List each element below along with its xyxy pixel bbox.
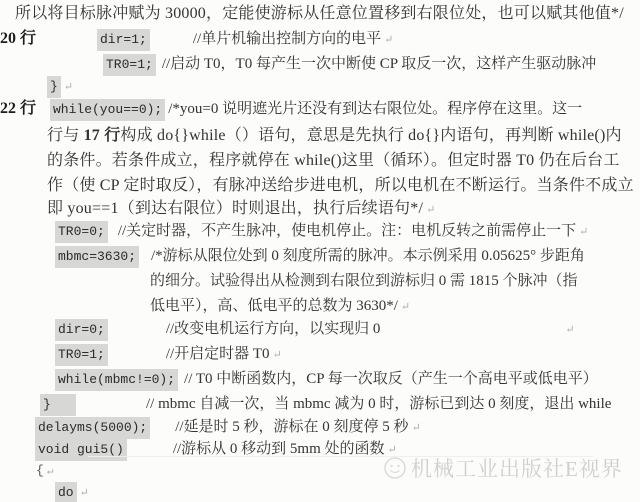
return-mark: ↵	[80, 483, 89, 502]
return-mark: ↵	[64, 77, 73, 97]
paragraph-text: 即 you==1（到达右限位）时则退出，执行后续语句*/	[47, 200, 423, 217]
code-comment: //关定时器，不产生脉冲，使电机停止。注：电机反转之前需停止一下	[118, 221, 576, 241]
scanned-document-page: 所以将目标脉冲赋为 30000，定能使游标从任意位置移到右限位处，也可以赋其他值…	[0, 0, 640, 502]
paragraph-text: 构成 do{}while（）语句，意思是先执行 do{}内语句，再判断 whil…	[120, 127, 621, 144]
paragraph-text: 作（使 CP 定时取反），有脉冲送给步进电机，所以电机在不断运行。当条件不成立	[47, 177, 634, 194]
code-comment: //改变电机运行方向，以实现归 0	[166, 319, 381, 339]
comment-continuation-line: 低电平），高、低电平的总数为 3630*/↵	[0, 296, 640, 317]
code-line: }↵	[0, 76, 640, 98]
return-mark: ↵	[412, 418, 421, 438]
publisher-watermark: 机械工业出版社E视界	[383, 453, 623, 483]
code-line: TR0=1;//启动 T0，T0 每产生一次中断使 CP 取反一次，这样产生驱动…	[0, 54, 640, 76]
code-comment: // mbmc 自减一次，当 mbmc 减为 0 时，游标已到达 0 刻度，退出…	[146, 394, 611, 414]
publisher-logo-icon	[383, 456, 407, 480]
line-number-marker: 22 行	[0, 99, 50, 119]
code-snippet: while(you==0);	[50, 99, 165, 121]
code-snippet: dir=1;	[97, 29, 150, 51]
code-line: while(mbmc!=0);// T0 中断函数内，CP 每一次取反（产生一个…	[0, 369, 640, 391]
code-line: TR0=1;//开启定时器 T0↵	[0, 344, 640, 366]
code-snippet: dir=0;	[55, 319, 108, 341]
code-snippet: TR0=0;	[55, 221, 108, 243]
body-text-line: 行与 17 行构成 do{}while（）语句，意思是先执行 do{}内语句，再…	[0, 126, 640, 146]
code-line: dir=0;//改变电机运行方向，以实现归 0↵	[0, 319, 640, 341]
code-comment: // T0 中断函数内，CP 每一次取反（产生一个高电平或低电平）	[184, 369, 598, 389]
code-snippet: void gui5()	[35, 439, 127, 461]
code-comment: 低电平），高、低电平的总数为 3630*/	[150, 296, 398, 316]
return-mark: ↵	[384, 30, 393, 50]
paragraph-text: 所以将目标脉冲赋为 30000，定能使游标从任意位置移到右限位处，也可以赋其他值…	[15, 5, 624, 22]
code-line: TR0=0;//关定时器，不产生脉冲，使电机停止。注：电机反转之前需停止一下↵	[0, 221, 640, 243]
body-text-line: 的条件。若条件成立，程序就停在 while()这里（循环）。但定时器 T0 仍在…	[0, 151, 640, 171]
code-line-22: 22 行while(you==0);/*you=0 说明遮光片还没有到达右限位处…	[0, 99, 640, 121]
body-text-line: 作（使 CP 定时取反），有脉冲送给步进电机，所以电机在不断运行。当条件不成立	[0, 176, 640, 196]
return-mark: ↵	[273, 345, 282, 365]
code-comment: 的细分。试验得出从检测到右限位到游标归 0 需 1815 个脉冲（指	[150, 271, 578, 291]
code-snippet: mbmc=3630;	[55, 246, 139, 268]
code-comment: /*you=0 说明遮光片还没有到达右限位处。程序停在这里。这一	[168, 99, 582, 119]
code-snippet: TR0=1;	[103, 54, 156, 76]
code-line: }// mbmc 自减一次，当 mbmc 减为 0 时，游标已到达 0 刻度，退…	[0, 394, 640, 416]
paragraph-text: 行与	[47, 127, 84, 144]
watermark-text: 机械工业出版社E视界	[411, 453, 623, 483]
code-comment: //启动 T0，T0 每产生一次中断使 CP 取反一次，这样产生驱动脉冲	[162, 54, 596, 74]
return-mark: ↵	[426, 200, 435, 220]
comment-continuation-line: 的细分。试验得出从检测到右限位到游标归 0 需 1815 个脉冲（指	[0, 271, 640, 291]
code-snippet: }	[47, 76, 61, 98]
code-line: mbmc=3630;/*游标从限位处到 0 刻度所需的脉冲。本示例采用 0.05…	[0, 246, 640, 268]
code-comment: //单片机输出控制方向的电平	[193, 29, 381, 49]
code-snippet: delayms(5000);	[35, 417, 150, 439]
body-text-line: 即 you==1（到达右限位）时则退出，执行后续语句*/↵	[0, 199, 640, 220]
paragraph-text: 的条件。若条件成立，程序就停在 while()这里（循环）。但定时器 T0 仍在…	[47, 152, 620, 169]
return-mark: ↵	[565, 320, 574, 340]
code-comment: /*游标从限位处到 0 刻度所需的脉冲。本示例采用 0.05625° 步距角	[151, 246, 585, 266]
return-mark: ↵	[579, 222, 588, 242]
code-line: delayms(5000);//延是时 5 秒，游标在 0 刻度停 5 秒↵	[0, 417, 640, 439]
code-comment: //开启定时器 T0	[166, 344, 270, 364]
code-snippet: while(mbmc!=0);	[55, 369, 178, 391]
code-line-20: 20 行dir=1;//单片机输出控制方向的电平↵	[0, 29, 640, 51]
code-snippet: do	[55, 482, 77, 502]
code-line: do↵	[0, 482, 640, 502]
line-ref-bold: 17 行	[84, 127, 121, 144]
code-snippet: TR0=1;	[55, 344, 108, 366]
code-brace: {	[36, 463, 44, 478]
body-text-line: 所以将目标脉冲赋为 30000，定能使游标从任意位置移到右限位处，也可以赋其他值…	[0, 4, 640, 24]
return-mark: ↵	[47, 462, 54, 482]
line-number-marker: 20 行	[0, 29, 97, 49]
code-snippet: }	[40, 394, 76, 416]
code-comment: //延是时 5 秒，游标在 0 刻度停 5 秒	[175, 417, 408, 437]
return-mark: ↵	[401, 297, 410, 317]
